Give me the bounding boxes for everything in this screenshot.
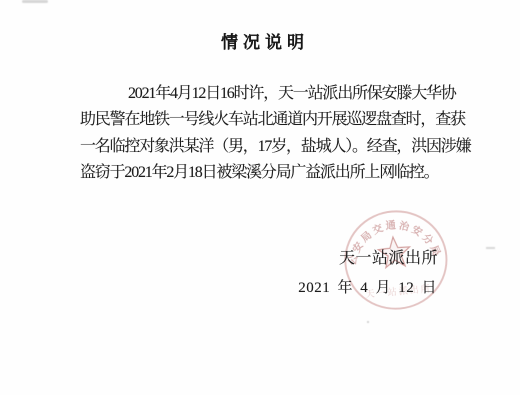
body-line-4: 盗窃于2021年2月18日被梁溪分局广益派出所上网临控。: [80, 160, 468, 186]
scan-artifact-dash: [486, 247, 495, 249]
scan-artifact-top-left: [22, 0, 48, 3]
document-body: 2021年4月12日16时许，天一站派出所保安滕大华协 助民警在地铁一号线火车站…: [80, 81, 468, 187]
body-line-2: 助民警在地铁一号线火车站北通道内开展巡逻盘查时，查获: [80, 107, 468, 133]
body-line-3: 一名临控对象洪某洋（男，17岁，盐城人）。经查，洪因涉嫌: [80, 134, 468, 160]
signature-unit-name: 天一站派出所: [339, 245, 438, 268]
scanned-document-page: 情况说明 2021年4月12日16时许，天一站派出所保安滕大华协 助民警在地铁一…: [0, 0, 520, 395]
document-title: 情况说明: [5, 28, 520, 53]
signature-date: 2021 年 4 月 12 日: [298, 276, 437, 297]
body-line-1: 2021年4月12日16时许，天一站派出所保安滕大华协: [80, 81, 468, 107]
scan-artifact-dot: [367, 321, 369, 323]
